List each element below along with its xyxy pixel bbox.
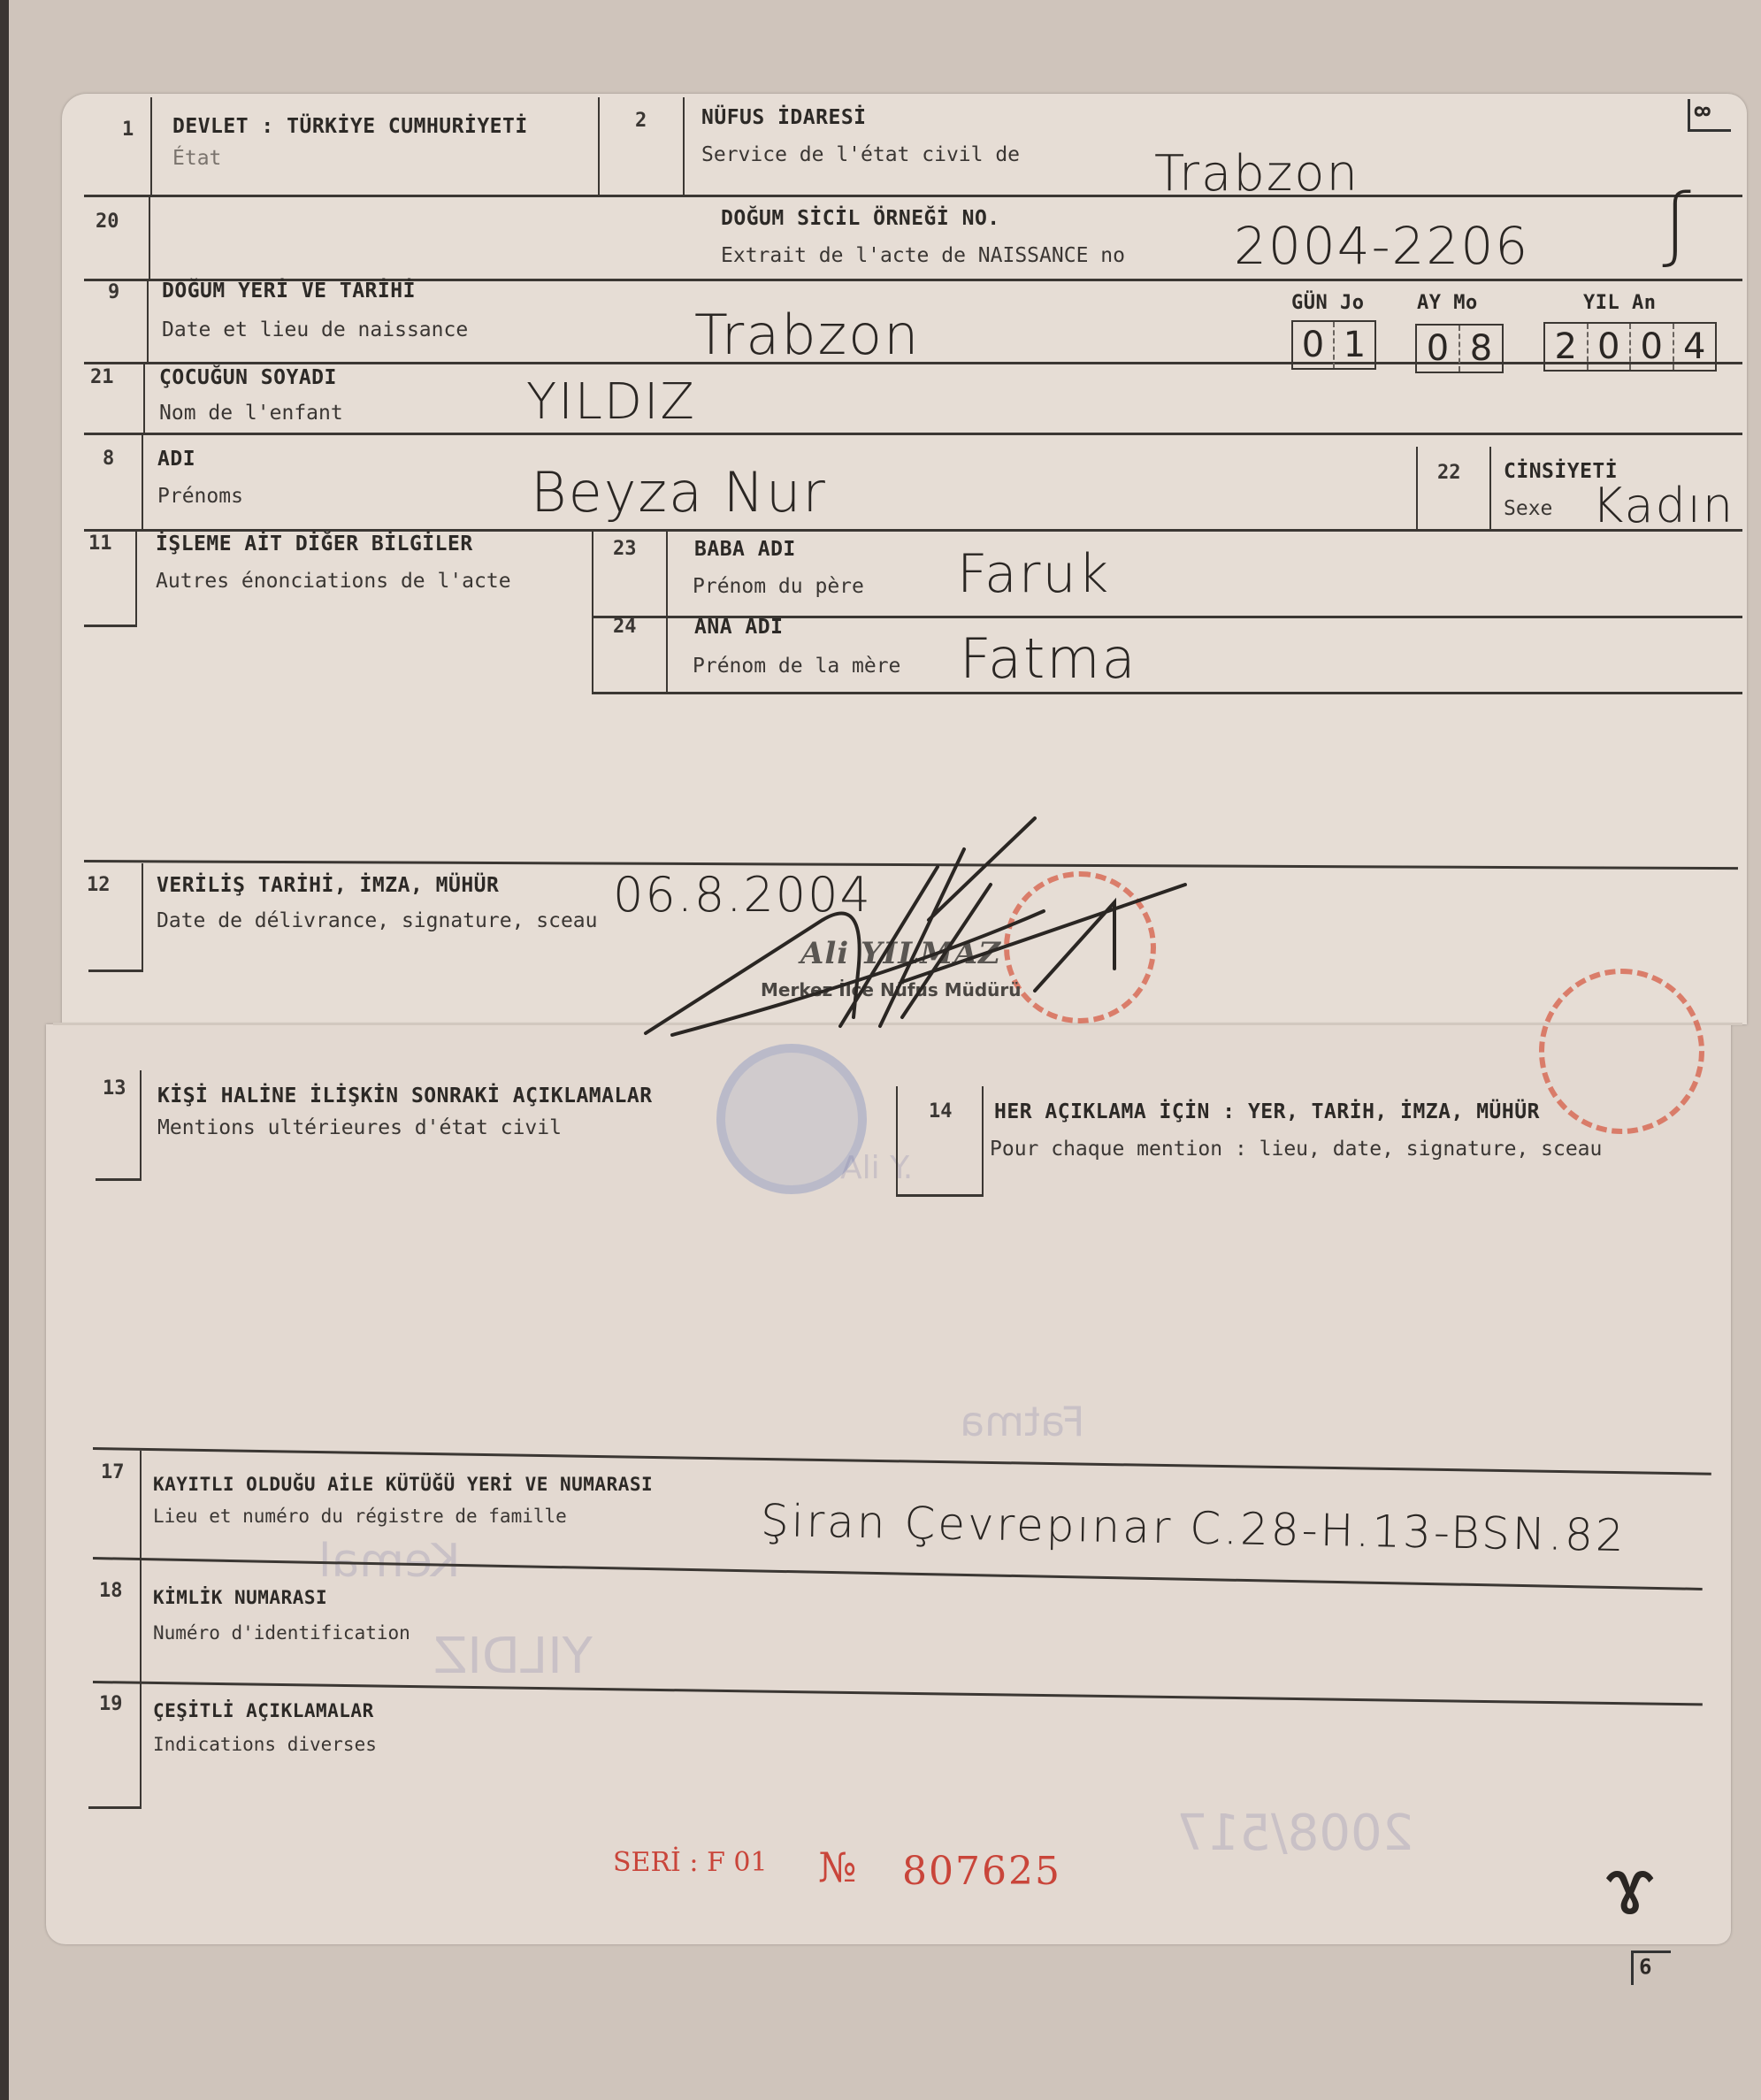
field-13-number: 13 [103,1077,126,1100]
date-day-digit: 0 [1293,322,1335,368]
field-17-label-fr: Lieu et numéro du régistre de famille [153,1506,567,1527]
serial-number: 807625 [902,1849,1061,1894]
field-18-number: 18 [99,1580,123,1602]
field-24-value: Fatma [960,626,1137,691]
field-17-label-tr: KAYITLI OLDUĞU AİLE KÜTÜĞÜ YERİ VE NUMAR… [153,1474,653,1495]
field-9-place-value: Trabzon [694,303,920,367]
column-divider [150,97,152,196]
row-divider [592,692,1742,694]
field-19-label-fr: Indications diverses [153,1734,377,1755]
field-20-label-fr: Extrait de l'acte de NAISSANCE no [721,244,1125,267]
column-divider [142,863,143,970]
field-1-number: 1 [122,119,134,141]
field-13-label-tr: KİŞİ HALİNE İLİŞKİN SONRAKİ AÇIKLAMALAR [157,1084,653,1107]
column-divider [135,531,137,626]
field-19-number: 19 [99,1693,123,1715]
field-18-label-tr: KİMLİK NUMARASI [153,1587,327,1608]
row-14-bottom [896,1194,984,1197]
field-21-value: YILDIZ [526,373,696,431]
column-divider [896,1086,898,1196]
date-month-label: AY Mo [1417,292,1478,314]
serial-no-symbol: № [818,1843,857,1891]
column-divider [683,97,685,196]
date-month-digit: 8 [1460,326,1502,372]
column-divider [147,280,149,364]
field-19-label-tr: ÇEŞİTLİ AÇIKLAMALAR [153,1700,374,1721]
column-divider [140,1070,142,1180]
field-8-label-tr: ADI [157,448,195,471]
field-9-label-fr: Date et lieu de naissance [162,318,468,341]
field-24-label-fr: Prénom de la mère [693,655,900,678]
field-23-label-fr: Prénom du père [693,575,864,598]
date-year-digit: 0 [1589,324,1632,370]
bleedthrough-text: Ali Y. [840,1150,913,1186]
corner-mark-bottom-right: 9 [1631,1951,1671,1985]
column-divider [143,364,145,434]
column-divider [1489,447,1491,531]
field-14-number: 14 [929,1100,953,1123]
date-year-digit: 4 [1674,324,1716,370]
field-12-label-tr: VERİLİŞ TARİHİ, İMZA, MÜHÜR [157,874,499,897]
field-22-value: Kadın [1592,478,1734,533]
row-12-bottom [88,970,143,972]
column-divider [666,531,668,692]
field-2-label-fr: Service de l'état civil de [701,143,1020,166]
date-year-digit: 0 [1631,324,1674,370]
field-12-number: 12 [87,874,111,896]
date-year-box: 2 0 0 4 [1543,322,1717,372]
field-2-label-tr: NÜFUS İDARESİ [701,106,867,129]
field-22-number: 22 [1437,462,1461,484]
field-13-label-fr: Mentions ultérieures d'état civil [157,1116,562,1139]
field-21-label-fr: Nom de l'enfant [159,402,343,425]
row-divider [84,529,1742,532]
row-11-bottom [84,625,137,627]
official-red-stamp-right [1539,969,1704,1134]
field-8-number: 8 [103,448,114,470]
field-1-label-fr: État [172,147,221,170]
handwritten-initial-mark-bottom: ɤ [1605,1840,1657,1933]
field-12-label-fr: Date de délivrance, signature, sceau [157,909,598,932]
field-17-number: 17 [101,1461,125,1483]
field-20-value: 2004-2206 [1234,216,1529,276]
column-divider [598,97,600,196]
date-year-label: YIL An [1583,292,1656,314]
field-23-value: Faruk [957,543,1110,605]
field-2-value: Trabzon [1154,145,1359,203]
field-1-label-tr: DEVLET : TÜRKİYE CUMHURİYETİ [172,115,528,138]
field-14-label-tr: HER AÇIKLAMA İÇİN : YER, TARİH, İMZA, MÜ… [994,1100,1540,1123]
field-21-number: 21 [90,366,114,388]
row-13-bottom [96,1178,142,1181]
field-2-number: 2 [635,110,647,132]
row-divider [84,195,1742,197]
row-divider [84,433,1742,435]
field-8-label-fr: Prénoms [157,485,243,508]
field-20-number: 20 [96,211,119,233]
field-9-number: 9 [108,281,119,303]
field-23-number: 23 [613,538,637,560]
field-20-label-tr: DOĞUM SİCİL ÖRNEĞİ NO. [721,207,1000,230]
date-year-digit: 2 [1545,324,1589,370]
bleedthrough-text: 2008/517 [1176,1805,1413,1862]
column-divider [982,1086,984,1196]
field-14-label-fr: Pour chaque mention : lieu, date, signat… [990,1138,1602,1161]
serial-label: SERİ : F 01 [613,1847,768,1878]
field-11-label-fr: Autres énonciations de l'acte [156,570,511,593]
field-18-label-fr: Numéro d'identification [153,1622,410,1644]
field-9-label-tr: DOĞUM YERİ VE TARİHİ [162,280,416,303]
field-21-label-tr: ÇOCUĞUN SOYADI [159,366,337,389]
date-day-box: 0 1 [1291,320,1376,370]
column-divider [140,1451,142,1808]
field-11-number: 11 [88,533,112,555]
field-22-label-fr: Sexe [1504,497,1552,520]
date-month-box: 0 8 [1415,324,1504,373]
field-23-label-tr: BABA ADI [694,538,796,561]
signature-icon [637,814,1203,1044]
field-11-label-tr: İŞLEME AİT DİĞER BİLGİLER [156,533,473,556]
photo-background-edge [0,0,9,2100]
date-day-label: GÜN Jo [1291,292,1364,314]
column-divider [592,531,593,692]
field-8-value: Beyza Nur [531,460,827,525]
field-24-label-tr: ANA ADI [694,616,783,639]
row-19-bottom [88,1806,142,1809]
column-divider [1416,447,1418,531]
handwritten-initial-mark: ʃ [1663,177,1691,270]
column-divider [149,196,150,280]
date-day-digit: 1 [1335,322,1374,368]
bleedthrough-text: Fatma [960,1398,1084,1445]
date-month-digit: 0 [1417,326,1460,372]
corner-mark-top-right: 8 [1688,99,1731,132]
field-24-number: 24 [613,616,637,638]
bleedthrough-text: YILDIZ [433,1628,593,1685]
column-divider [142,434,143,531]
